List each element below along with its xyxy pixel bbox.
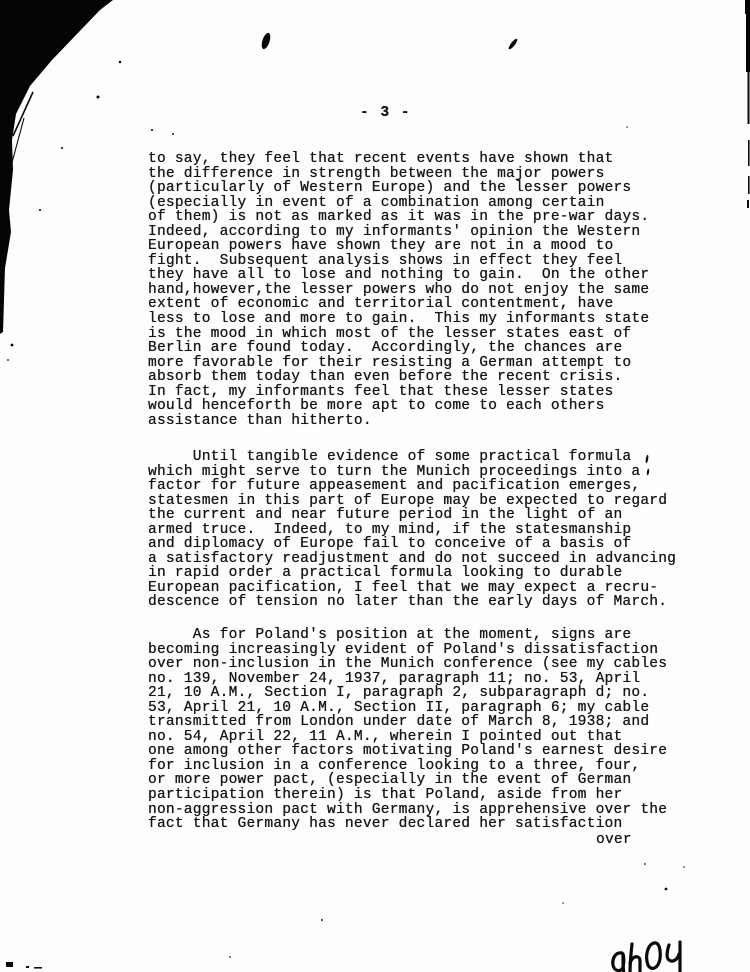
continuation-word: over [596, 833, 632, 848]
paragraph-body-1: to say, they feel that recent events hav… [148, 152, 649, 428]
paragraph-body-3: As for Poland's position at the moment, … [148, 628, 667, 832]
page-number-label: - 3 - [360, 105, 411, 121]
handwritten-annotation [613, 942, 680, 972]
bottom-left-mark-artifacts [6, 962, 42, 969]
paragraph-body-2: Until tangible evidence of some practica… [148, 450, 676, 610]
scan-edge-right-artifact [745, 0, 750, 208]
scanned-document-page: - 3 - to say, they feel that recent even… [0, 0, 750, 972]
scan-corner-fold-artifact [0, 0, 153, 361]
page-number: - 3 - [360, 106, 411, 121]
